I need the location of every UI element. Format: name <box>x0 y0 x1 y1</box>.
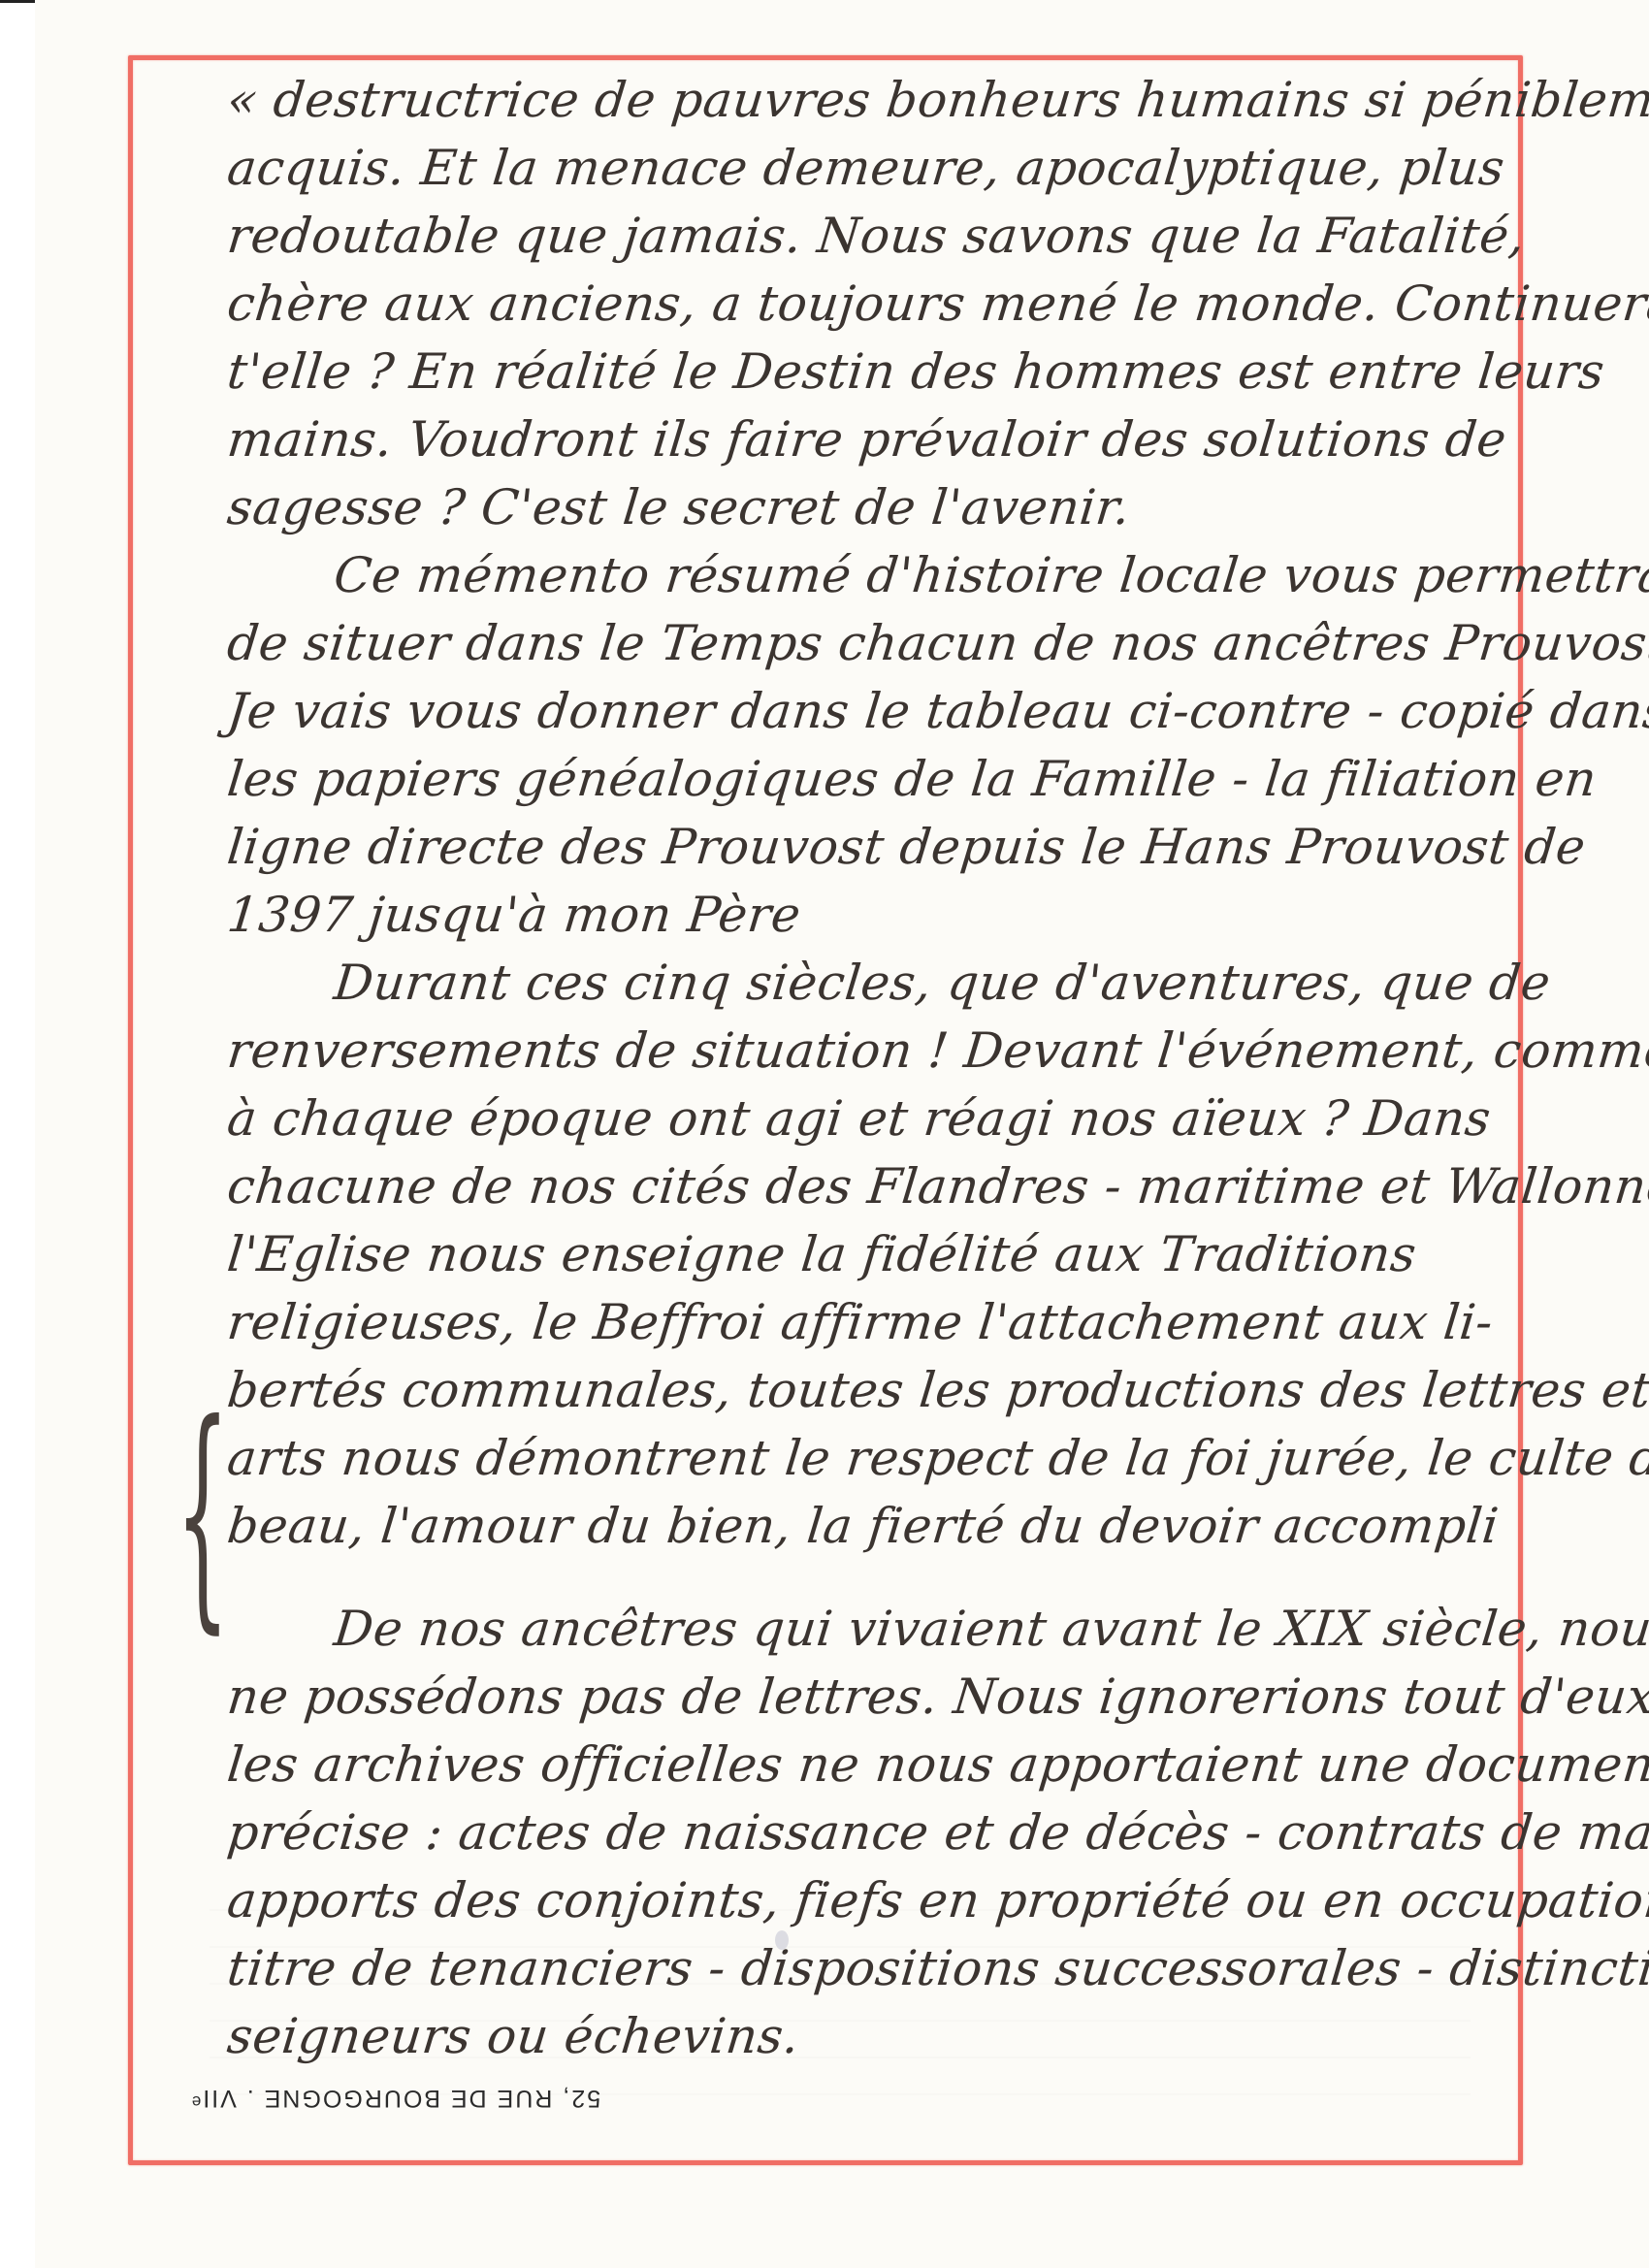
text-line: mains. Voudront ils faire prévaloir des … <box>224 405 1560 473</box>
text-line: apports des conjoints, fiefs en propriét… <box>224 1866 1560 1934</box>
text-line: sagesse ? C'est le secret de l'avenir. <box>224 473 1560 541</box>
text-line: ne possédons pas de lettres. Nous ignore… <box>224 1663 1560 1731</box>
letterhead-address: 52, RUE DE BOURGOGNE . VIIᵉ <box>190 2084 600 2112</box>
text-line: acquis. Et la menace demeure, apocalypti… <box>224 134 1560 202</box>
text-line: titre de tenanciers - dispositions succe… <box>224 1934 1560 2002</box>
text-line: « destructrice de pauvres bonheurs humai… <box>224 66 1560 134</box>
text-line: les papiers généalogiques de la Famille … <box>224 745 1560 813</box>
line-spacer <box>224 1560 1557 1595</box>
text-line: bertés communales, toutes les production… <box>224 1356 1560 1424</box>
paragraph-start-line: De nos ancêtres qui vivaient avant le XI… <box>224 1595 1560 1663</box>
text-line: l'Eglise nous enseigne la fidélité aux T… <box>224 1220 1560 1288</box>
text-line: religieuses, le Beffroi affirme l'attach… <box>224 1288 1560 1356</box>
text-line: ligne directe des Prouvost depuis le Han… <box>224 813 1560 881</box>
margin-brace: { <box>176 1392 230 1635</box>
text-line: arts nous démontrent le respect de la fo… <box>224 1424 1560 1492</box>
text-line: chacune de nos cités des Flandres - mari… <box>224 1152 1560 1220</box>
text-line: chère aux anciens, a toujours mené le mo… <box>224 270 1560 338</box>
text-line: les archives officielles ne nous apporta… <box>224 1731 1560 1798</box>
paragraph-start-line: Durant ces cinq siècles, que d'aventures… <box>224 949 1560 1017</box>
paragraph-start-line: Ce mémento résumé d'histoire locale vous… <box>224 541 1560 609</box>
text-line: précise : actes de naissance et de décès… <box>224 1798 1560 1866</box>
text-line: seigneurs ou échevins. <box>224 2002 1560 2070</box>
text-line: de situer dans le Temps chacun de nos an… <box>224 609 1560 677</box>
text-line: beau, l'amour du bien, la fierté du devo… <box>224 1492 1560 1560</box>
scan-margin-mark <box>0 0 37 3</box>
text-line: Je vais vous donner dans le tableau ci-c… <box>224 677 1560 745</box>
handwritten-text: « destructrice de pauvres bonheurs humai… <box>224 66 1553 2070</box>
text-line: redoutable que jamais. Nous savons que l… <box>224 202 1560 270</box>
text-line: t'elle ? En réalité le Destin des hommes… <box>224 338 1560 405</box>
text-line: à chaque époque ont agi et réagi nos aïe… <box>224 1085 1560 1152</box>
scan-margin <box>0 0 36 2268</box>
text-line: renversements de situation ! Devant l'év… <box>224 1017 1560 1085</box>
text-line: 1397 jusqu'à mon Père <box>224 881 1560 949</box>
letter-page: { « destructrice de pauvres bonheurs hum… <box>35 0 1649 2268</box>
